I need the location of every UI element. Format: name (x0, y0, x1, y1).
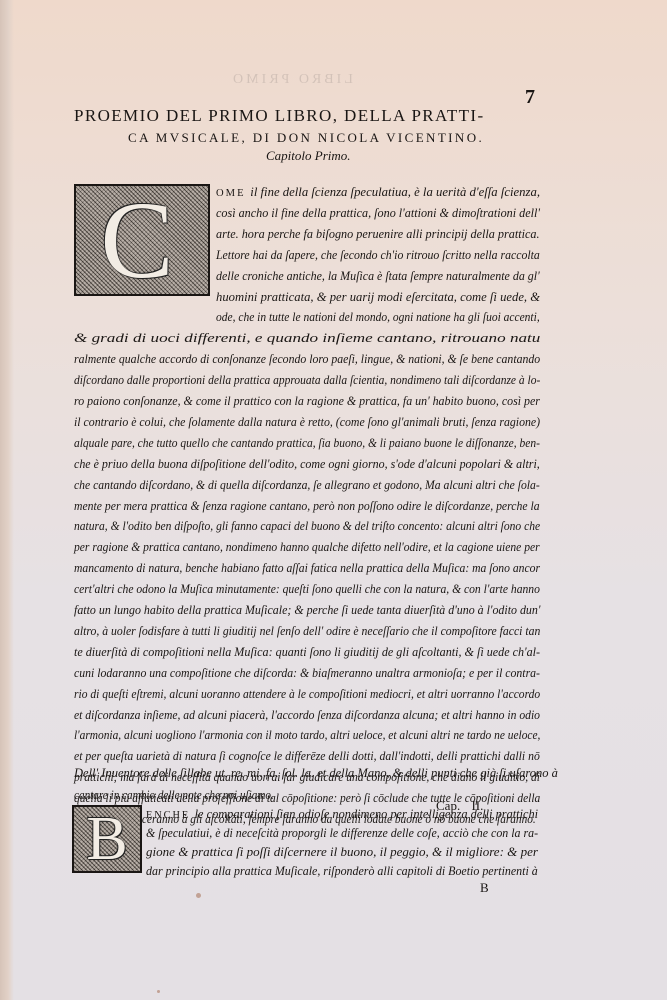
title-line-2: CA MVSICALE, DI DON NICOLA VICENTINO. (128, 130, 528, 146)
text-line: che è priuo della buona diſpoſitione del… (74, 458, 540, 471)
text-line: te diuerſità di compoſitioni nella Muſic… (74, 646, 540, 659)
text-line: natura, & l'odito ben diſpoſto, gli fann… (74, 520, 540, 533)
initial-letter: B (86, 808, 127, 870)
initial-letter: C (100, 185, 173, 295)
text-line: et diſcordanza inſieme, ad alcuni piacer… (74, 709, 540, 722)
page-edge (0, 0, 14, 1000)
text-line: così ancho il fine della prattica, ſono … (216, 207, 540, 220)
chapter-caption: Capitolo Primo. (266, 148, 351, 164)
initial-word-rest: OME (216, 188, 250, 199)
text-line: mancamento di natura, benche habiano fat… (74, 562, 540, 575)
woodcut-initial-b: B (72, 805, 142, 873)
initial-word-rest: ENCHE (146, 810, 195, 821)
text-line: et per queſta uarietà di natura ſi cogno… (74, 750, 540, 763)
text-line: ENCHE le comparationi ſian odioſe nondim… (146, 808, 538, 822)
foxing-spot (196, 893, 201, 898)
woodcut-initial-c: C (74, 184, 210, 296)
foxing-spot (157, 990, 160, 993)
text-line: l'armonia, alcuni uogliono l'armonia con… (74, 729, 540, 742)
text-line: Dell' Inuentore delle ſillabe ut. re. mi… (74, 767, 558, 780)
text-line: che cantando diſcordano, & di quella diſ… (74, 479, 540, 492)
text-line: OME il fine della ſcienza ſpeculatiua, è… (216, 186, 540, 200)
text-line: huomini pratticata, & per uarij modi eſe… (216, 291, 540, 304)
text-line: diſcordano dalle proportioni della pratt… (74, 374, 540, 387)
text-line: mente per mera prattica & ſenza ragione … (74, 500, 540, 513)
text-line: per ragione & prattica cantano, nondimen… (74, 541, 540, 554)
text-line: gione & prattica ſi poſſi diſcernere il … (146, 846, 538, 859)
text-line: & gradi di uoci differenti, e quando inſ… (74, 332, 540, 345)
title-line-1: PROEMIO DEL PRIMO LIBRO, DELLA PRATTI- (74, 106, 554, 126)
text-line: rio di queſti eſtremi, alcuni uoranno at… (74, 688, 540, 701)
text-line: delle croniche antiche, la Muſica è ſtat… (216, 270, 540, 283)
text-line: il contrario è colui, che ſolamente dall… (74, 416, 540, 429)
text-line: & ſpeculatiui, è di neceſcità proporgli … (146, 827, 538, 840)
text-line: arte. hora perche fa biſogno peruenire a… (216, 228, 540, 241)
text-line: cuni lodaranno una compoſitione che diſc… (74, 667, 540, 680)
text-line: ro paiono conſonanze, & come il prattico… (74, 395, 540, 408)
signature-mark: B (480, 880, 489, 896)
show-through-text: LIBRO PRIMO (230, 72, 353, 88)
text-line: cert'altri che odono la Muſica minutamen… (74, 583, 540, 596)
text-line: Lettore hai da ſapere, che ſecondo ch'io… (216, 249, 540, 262)
text-line: ode, che in tutte le nationi del mondo, … (216, 311, 540, 324)
text-line: fatto un lungo habito della prattica Muſ… (74, 604, 540, 617)
text-line: dar principio alla prattica Muſicale, ri… (146, 865, 538, 878)
text-line: alquale pare, che tutto quello che canta… (74, 437, 540, 450)
text-line: ralmente qualche accordo di conſonanze ſ… (74, 353, 540, 366)
text-line: altro, à uoler ſodisfare à tutti li giud… (74, 625, 540, 638)
text-line: cantare in cambio delle note che noi uſi… (74, 789, 274, 802)
